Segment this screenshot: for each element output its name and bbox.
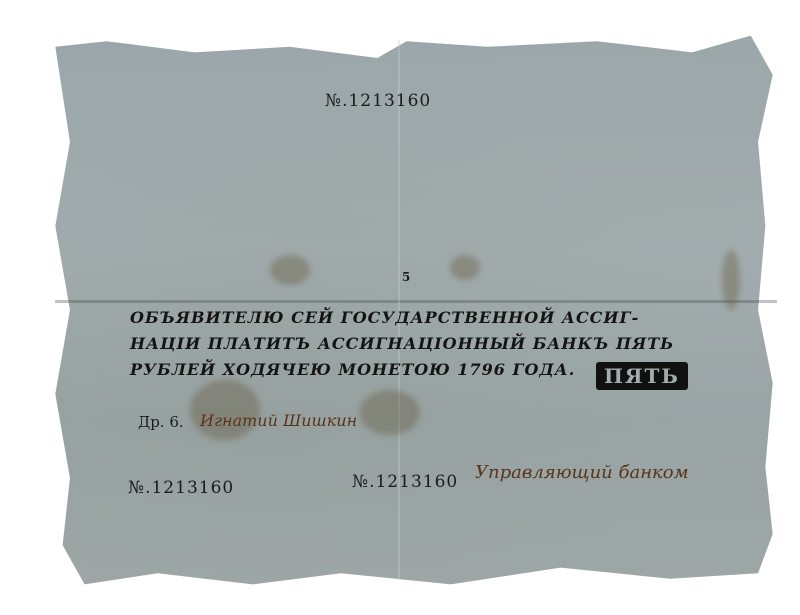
handwritten-dr-signature: Игнатий Шишкин <box>200 411 357 430</box>
body-line-2: націи платитъ ассигнаціонный банкъ пять <box>130 331 710 357</box>
denomination-stamp: ПЯТЬ <box>596 362 688 390</box>
handwritten-signature-bottom: Управляющий банком <box>475 462 689 483</box>
denomination-numeral: 5 <box>402 270 410 284</box>
stain <box>270 255 310 285</box>
stain <box>450 255 480 280</box>
body-line-1: Объявителю сей государственной ассиг- <box>130 305 710 331</box>
stain <box>722 250 740 310</box>
stain <box>190 380 260 440</box>
stain <box>360 390 420 435</box>
serial-number-bottom-center: №.1213160 <box>352 472 458 492</box>
horizontal-fold-crease <box>55 300 777 303</box>
serial-number-top: №.1213160 <box>325 91 431 111</box>
serial-number-bottom-left: №.1213160 <box>128 478 234 498</box>
dr-label: Др. 6. <box>138 413 184 431</box>
